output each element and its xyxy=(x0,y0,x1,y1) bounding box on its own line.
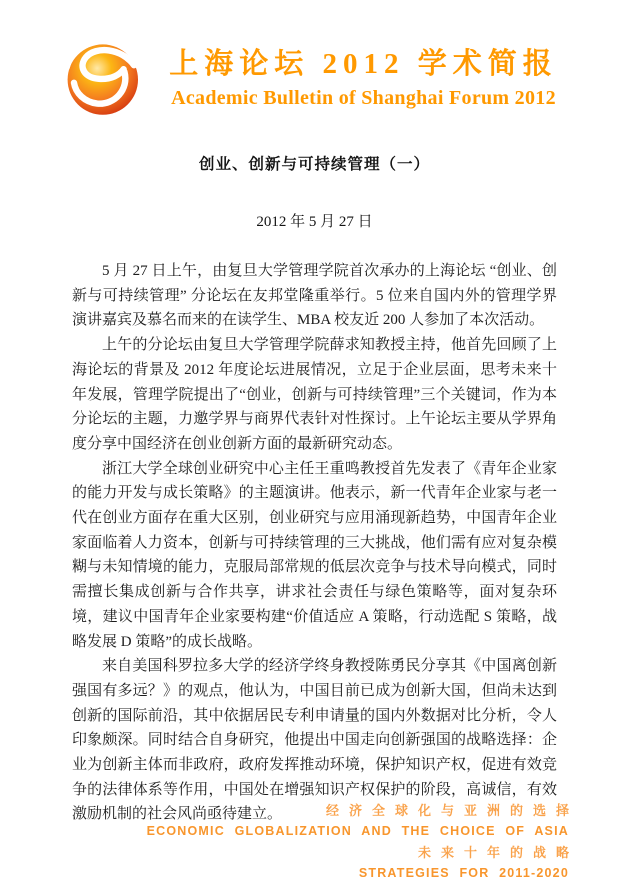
slogan-line-zh-1: 经济全球化与亚洲的选择 xyxy=(147,800,579,821)
shanghai-forum-logo-icon xyxy=(62,36,142,120)
article-body: 5 月 27 日上午，由复旦大学管理学院首次承办的上海论坛 “创业、创新与可持续… xyxy=(72,259,557,827)
paragraph-2: 上午的分论坛由复旦大学管理学院薛求知教授主持，他首先回顾了上海论坛的背景及 20… xyxy=(72,333,557,457)
forum-slogan: 经济全球化与亚洲的选择 ECONOMIC GLOBALIZATION AND T… xyxy=(147,800,569,884)
slogan-line-en-2: STRATEGIES FOR 2011-2020 xyxy=(147,863,569,884)
section-title: 创业、创新与可持续管理（一） xyxy=(0,152,629,174)
slogan-line-en-1: ECONOMIC GLOBALIZATION AND THE CHOICE OF… xyxy=(147,821,569,842)
slogan-line-zh-2: 未来十年的战略 xyxy=(147,842,579,863)
bulletin-page: 上海论坛 2012 学术简报 Academic Bulletin of Shan… xyxy=(0,0,629,892)
bulletin-title-en: Academic Bulletin of Shanghai Forum 2012 xyxy=(156,87,571,110)
masthead: 上海论坛 2012 学术简报 Academic Bulletin of Shan… xyxy=(0,0,629,120)
paragraph-3: 浙江大学全球创业研究中心主任王重鸣教授首先发表了《青年企业家的能力开发与成长策略… xyxy=(72,457,557,655)
document-date: 2012 年 5 月 27 日 xyxy=(0,210,629,231)
bulletin-title-zh: 上海论坛 2012 学术简报 xyxy=(156,46,571,82)
masthead-titles: 上海论坛 2012 学术简报 Academic Bulletin of Shan… xyxy=(142,46,571,109)
paragraph-1: 5 月 27 日上午，由复旦大学管理学院首次承办的上海论坛 “创业、创新与可持续… xyxy=(72,259,557,333)
